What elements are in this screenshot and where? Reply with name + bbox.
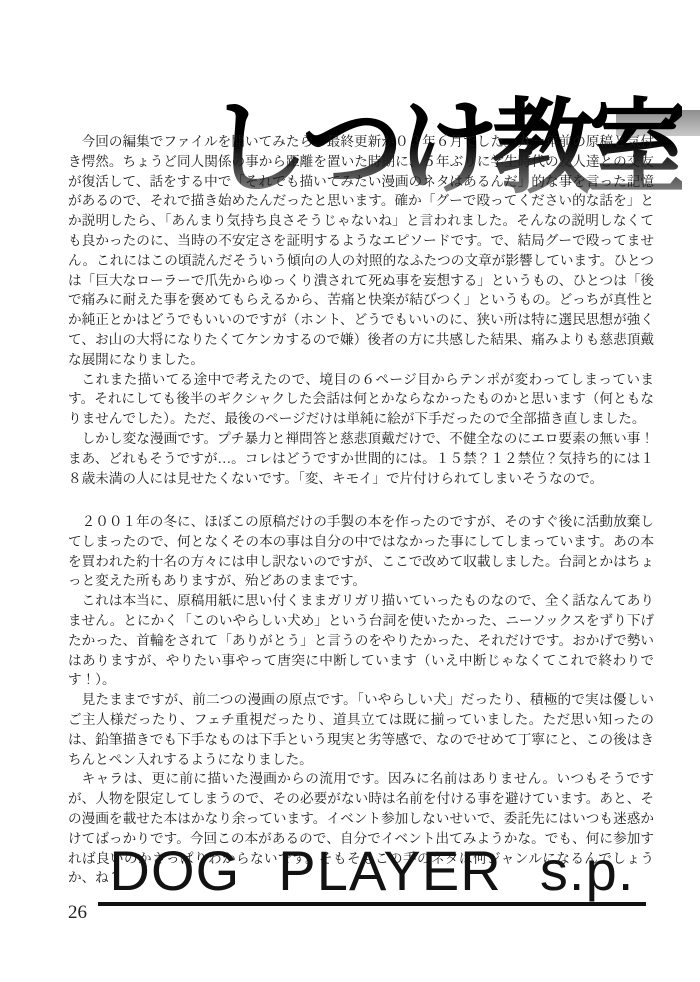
afterword-paragraph: ２００１年の冬に、ほぼこの原稿だけの手製の本を作ったのですが、そのすぐ後に活動放…: [68, 512, 654, 591]
afterword-paragraph: 見たままですが、前二つの漫画の原点です。「いやらしい犬」だったり、積極的で実は優…: [68, 690, 654, 769]
afterword-section-1: 今回の編集でファイルを開いてみたら、最終更新が０３年６月でした。丸一年前の原稿と…: [68, 132, 654, 488]
afterword-section-2: ２００１年の冬に、ほぼこの原稿だけの手製の本を作ったのですが、そのすぐ後に活動放…: [68, 512, 654, 888]
page-number: 26: [68, 902, 87, 924]
afterword-paragraph: しかし変な漫画です。プチ暴力と禅問答と慈悲頂戴だけで、不健全なのにエロ要素の無い…: [68, 429, 654, 488]
afterword-paragraph: 今回の編集でファイルを開いてみたら、最終更新が０３年６月でした。丸一年前の原稿と…: [68, 132, 654, 370]
afterword-paragraph: これまた描いてる途中で考えたので、境目の６ページ目からテンポが変わってしまってい…: [68, 370, 654, 429]
scanned-doujinshi-page: しつけ教室 今回の編集でファイルを開いてみたら、最終更新が０３年６月でした。丸一…: [0, 0, 700, 982]
afterword-paragraph: これは本当に、原稿用紙に思い付くままガリガリ描いていったものなので、全く話なんて…: [68, 591, 654, 690]
circle-logo: DOG PLAYER s.p.: [98, 843, 646, 906]
